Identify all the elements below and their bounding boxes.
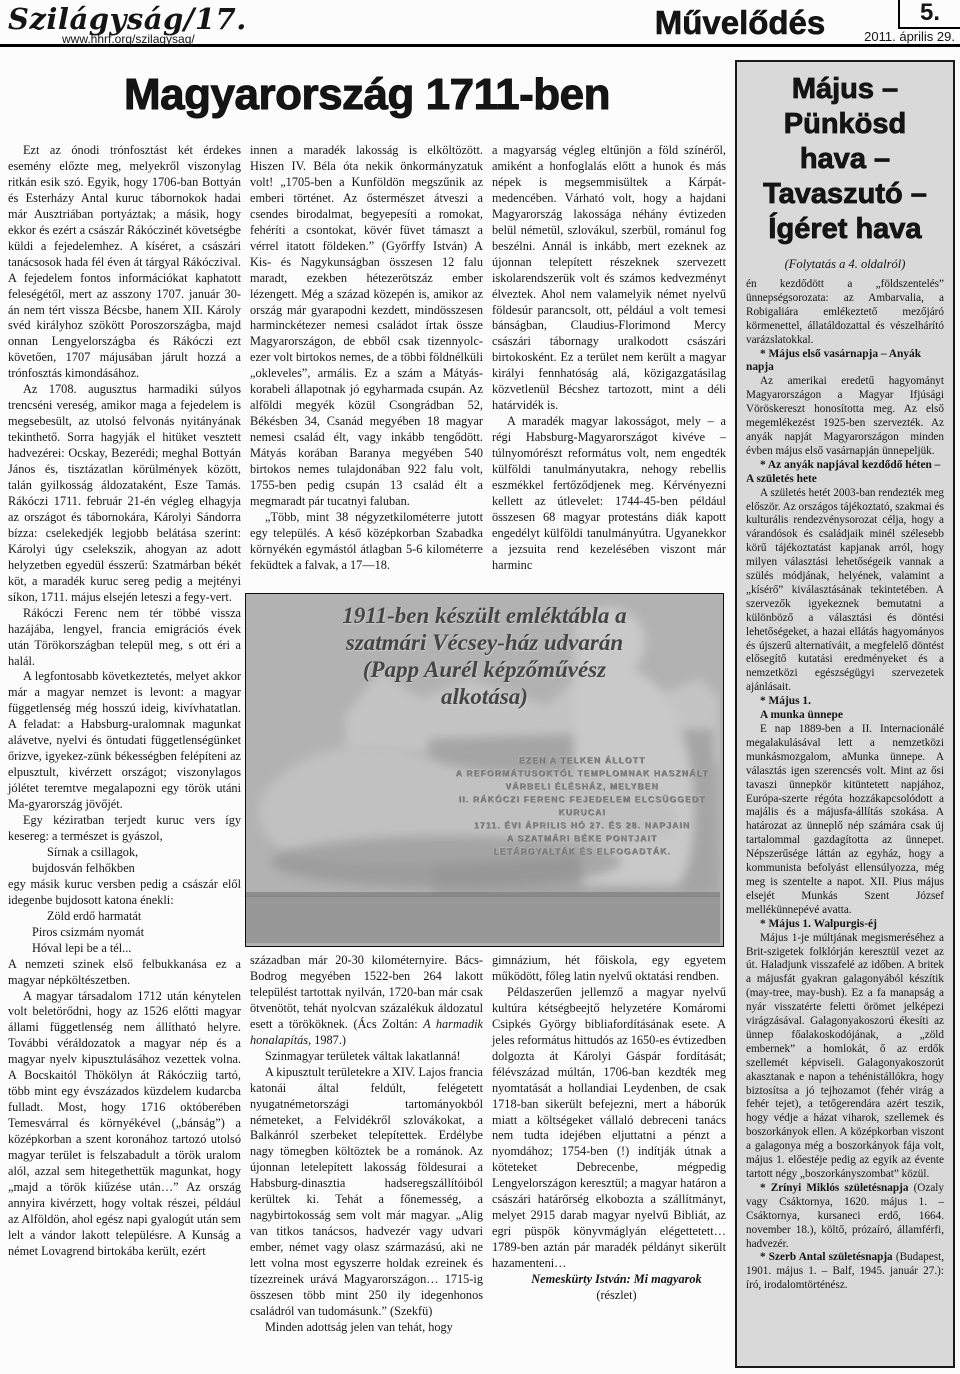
- sidebar-section-heading: * Május 1.: [746, 695, 944, 709]
- paragraph: A kipusztult területekre a XIV. Lajos fr…: [250, 1065, 483, 1320]
- paragraph-text: , 1987.): [308, 1033, 346, 1047]
- sidebar-section-heading: * Zrínyi Miklós születésnapja: [760, 1182, 908, 1194]
- paragraph: Szinmagyar területek váltak lakatlanná!: [250, 1049, 483, 1065]
- verse-lines: Sírnak a csillagok, bujdosván felhőkben: [8, 845, 241, 877]
- paragraph: A legfontosabb következtetés, melyet akk…: [8, 669, 241, 813]
- article-column-3-upper: a magyarság végleg eltűnjön a föld színé…: [492, 143, 726, 574]
- article-byline: Nemeskürty István: Mi magyarok: [492, 1272, 726, 1288]
- sidebar-calendar-box: Május – Pünkösd hava – Tavaszutó – Ígére…: [735, 60, 955, 1368]
- paragraph: a magyarság végleg eltűnjön a föld színé…: [492, 143, 726, 414]
- paragraph: Minden adottság jelen van tehát, hogy: [250, 1320, 483, 1336]
- sidebar-paragraph: én kezdődött a „földszentelés” ünnepségs…: [746, 278, 944, 348]
- sidebar-paragraph: Az amerikai eredetű hagyományt Magyarors…: [746, 375, 944, 458]
- sidebar-section-heading: * Május 1. Walpurgis-éj: [746, 918, 944, 932]
- plaque-inscription: EZEN A TELKEN ÁLLOTT A REFORMÁTUSOKTÓL T…: [451, 754, 713, 858]
- paragraph: Példaszerűen jellemző a magyar nyelvű ku…: [492, 985, 726, 1272]
- sidebar-paragraph: * Zrínyi Miklós születésnapja (Ozaly vag…: [746, 1182, 944, 1252]
- sidebar-section-subheading: A munka ünnepe: [746, 709, 944, 723]
- paragraph: A magyar társadalom 1712 után kénytelen …: [8, 989, 241, 1260]
- sidebar-section-heading: * Az anyák napjával kezdődő héten – A sz…: [746, 459, 944, 487]
- paragraph: „Több, mint 38 négyzetkilométerre jutott…: [250, 510, 483, 574]
- sidebar-paragraph: * Szerb Antal születésnapja (Budapest, 1…: [746, 1251, 944, 1293]
- paragraph: Rákóczi Ferenc nem tér többé vissza hazá…: [8, 606, 241, 670]
- newspaper-page: { "header": { "logo": "Szilágyság/17.", …: [0, 0, 960, 1374]
- paragraph: Az 1708. augusztus harmadiki súlyos tren…: [8, 382, 241, 605]
- continuation-note: (Folytatás a 4. oldalról): [746, 257, 944, 272]
- paragraph: A nemzeti szinek első felbukkanása ez a …: [8, 957, 241, 989]
- paragraph: században már 20-30 kilométernyire. Bács…: [250, 953, 483, 1049]
- paragraph: gimnázium, hét főiskola, egy egyetem műk…: [492, 953, 726, 985]
- article-column-1: Ezt az ónodi trónfosztást két érdekes es…: [8, 143, 241, 1260]
- paragraph: Egy kéziratban terjedt kuruc vers így ke…: [8, 813, 241, 845]
- page-number: 5.: [898, 0, 960, 29]
- paragraph: egy másik kuruc versben pedig a császár …: [8, 877, 241, 909]
- article-column-3-lower: gimnázium, hét főiskola, egy egyetem műk…: [492, 953, 726, 1304]
- paragraph: Ezt az ónodi trónfosztást két érdekes es…: [8, 143, 241, 382]
- article-headline: Magyarország 1711-ben: [8, 70, 726, 120]
- header-divider: [0, 44, 960, 47]
- sidebar-title: Május – Pünkösd hava – Tavaszutó – Ígére…: [746, 72, 944, 247]
- verse-lines: Zöld erdő harmatát Piros csizmám nyomát …: [8, 909, 241, 957]
- memorial-plaque-photo: 1911-ben készült emléktábla a szatmári V…: [245, 593, 724, 947]
- article-column-2-upper: innen a maradék lakosság is elköltözött.…: [250, 143, 483, 574]
- photo-caption: 1911-ben készült emléktábla a szatmári V…: [246, 602, 723, 710]
- paragraph: innen a maradék lakosság is elköltözött.…: [250, 143, 483, 510]
- sidebar-paragraph: E nap 1889-ben a II. Internacionálé mega…: [746, 723, 944, 918]
- sidebar-section-heading: * Szerb Antal születésnapja: [760, 1251, 893, 1263]
- issue-date: 2011. április 29.: [790, 29, 955, 44]
- sidebar-section-heading: * Május első vasárnapja – Anyák napja: [746, 348, 944, 376]
- sidebar-paragraph: A születés hetét 2003-ban rendezték meg …: [746, 487, 944, 696]
- article-byline-detail: (részlet): [492, 1288, 726, 1304]
- newspaper-logo: Szilágyság/17.: [8, 2, 247, 36]
- paragraph: A maradék magyar lakosságot, mely – a ré…: [492, 414, 726, 574]
- article-column-2-lower: században már 20-30 kilométernyire. Bács…: [250, 953, 483, 1336]
- sidebar-paragraph: Május 1-je múltjának megismeréséhez a Br…: [746, 932, 944, 1182]
